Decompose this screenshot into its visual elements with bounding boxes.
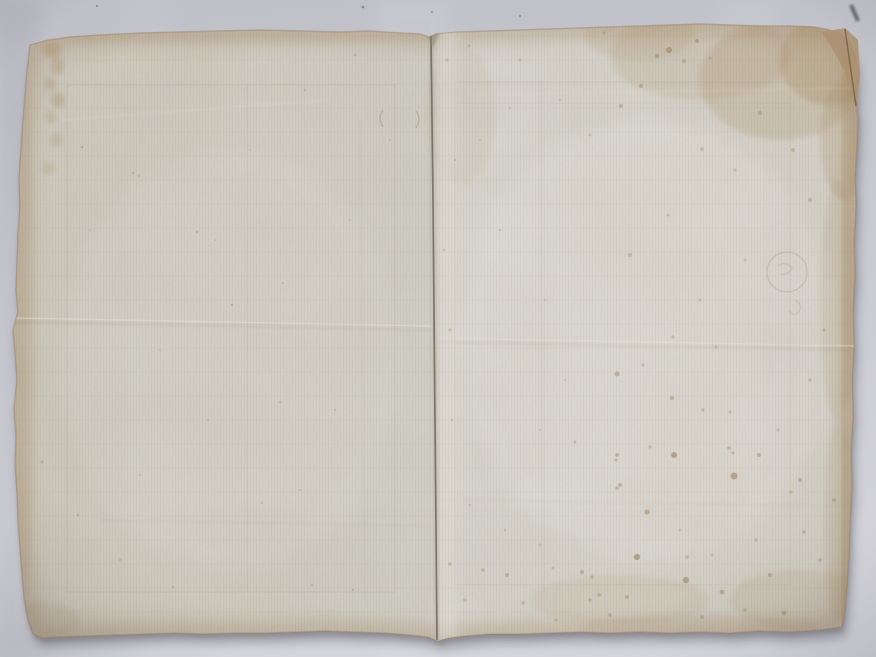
photo-of-aged-paper-sheet (0, 0, 876, 657)
photo-vignette (0, 0, 876, 657)
antique-paper-photo-canvas (0, 0, 876, 657)
